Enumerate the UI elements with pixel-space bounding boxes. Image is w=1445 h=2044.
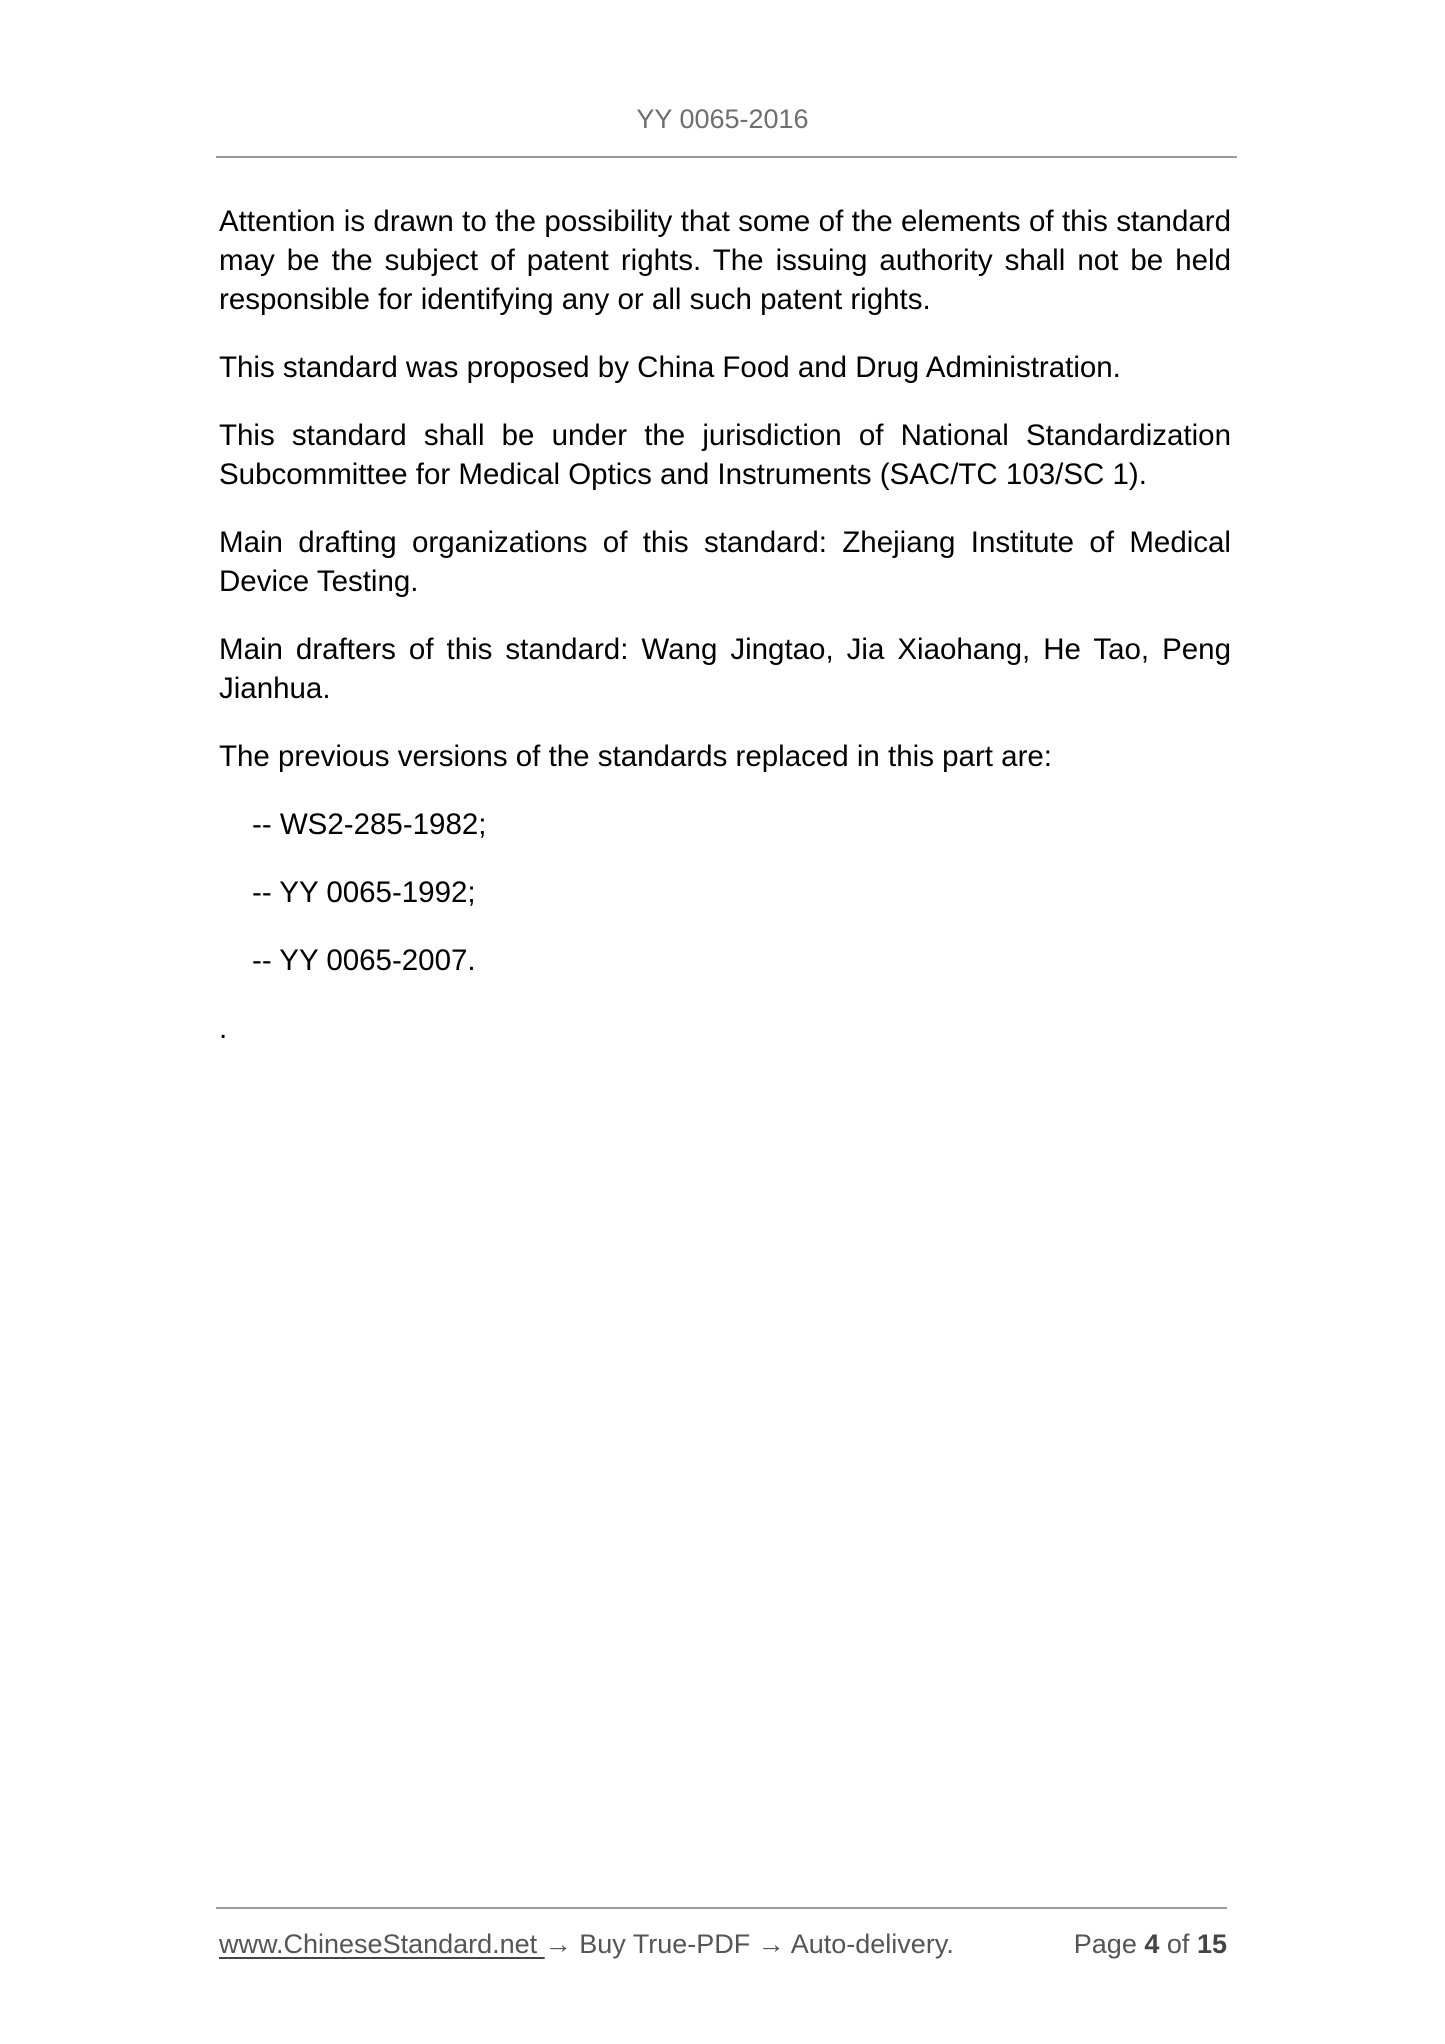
- paragraph-proposer: This standard was proposed by China Food…: [219, 348, 1231, 387]
- paragraph-previous-versions: The previous versions of the standards r…: [219, 737, 1231, 776]
- list-item: -- YY 0065-1992;: [252, 873, 1231, 912]
- arrow-right-icon: →: [545, 1929, 572, 1959]
- total-page-count: 15: [1197, 1929, 1227, 1959]
- page-footer: www.ChineseStandard.net → Buy True-PDF →…: [219, 1926, 1227, 1962]
- of-label: of: [1167, 1929, 1190, 1959]
- footer-divider: [216, 1907, 1227, 1909]
- arrow-right-icon: →: [758, 1929, 785, 1959]
- footer-step-buy: Buy True-PDF: [572, 1929, 758, 1959]
- page-label: Page: [1074, 1929, 1137, 1959]
- paragraph-drafters: Main drafters of this standard: Wang Jin…: [219, 630, 1231, 708]
- trailing-period: .: [219, 1009, 1231, 1048]
- list-item: -- YY 0065-2007.: [252, 941, 1231, 980]
- list-item: -- WS2-285-1982;: [252, 805, 1231, 844]
- header-divider: [216, 156, 1237, 158]
- document-code-header: YY 0065-2016: [0, 104, 1445, 135]
- document-body: Attention is drawn to the possibility th…: [219, 202, 1231, 1048]
- current-page-number: 4: [1144, 1929, 1159, 1959]
- paragraph-patent-notice: Attention is drawn to the possibility th…: [219, 202, 1231, 319]
- paragraph-jurisdiction: This standard shall be under the jurisdi…: [219, 416, 1231, 494]
- page-indicator: Page 4 of 15: [1074, 1926, 1227, 1962]
- footer-step-delivery: Auto-delivery.: [785, 1929, 954, 1959]
- chinesestandard-link[interactable]: www.ChineseStandard.net: [219, 1929, 545, 1959]
- paragraph-drafting-organizations: Main drafting organizations of this stan…: [219, 523, 1231, 601]
